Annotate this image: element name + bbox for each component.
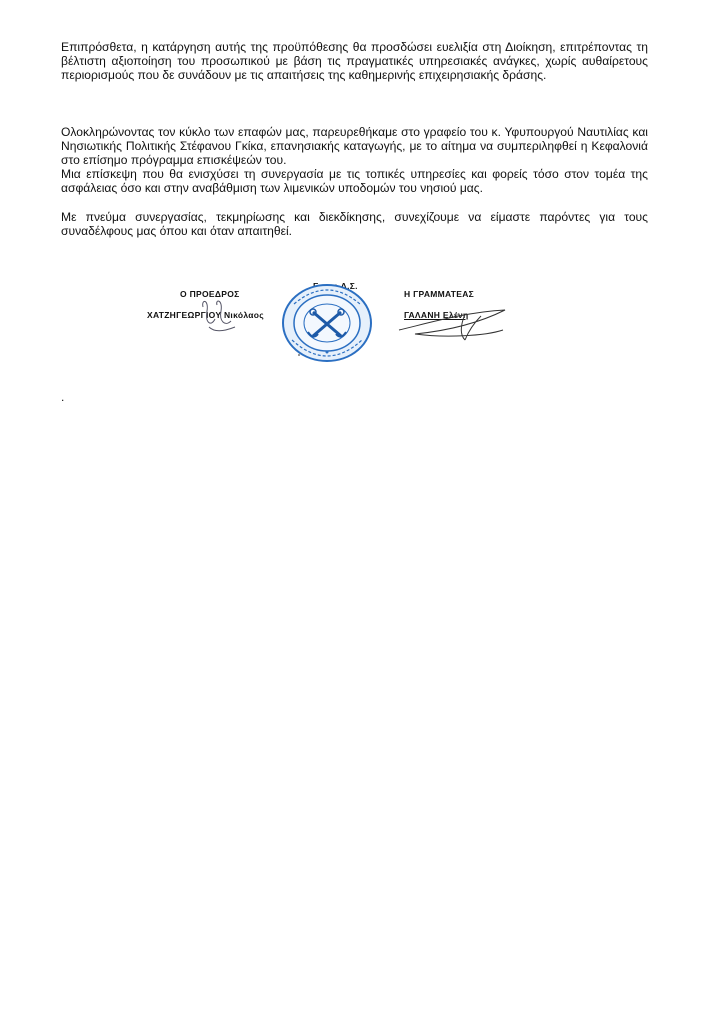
president-signature-icon xyxy=(195,297,255,337)
document-page: Επιπρόσθετα, η κατάργηση αυτής της προϋπ… xyxy=(0,0,724,1024)
scan-speck xyxy=(298,354,300,356)
anchor-seal-icon xyxy=(280,282,375,364)
paragraph-abolition: Επιπρόσθετα, η κατάργηση αυτής της προϋπ… xyxy=(61,40,648,82)
secretary-signature-icon xyxy=(395,300,515,345)
paragraph-deputy-minister-visit: Ολοκληρώνοντας τον κύκλο των επαφών μας,… xyxy=(61,125,648,195)
trailing-mark: . xyxy=(61,390,64,404)
secretary-title: Η ΓΡΑΜΜΑΤΕΑΣ xyxy=(404,289,474,299)
paragraph-closing: Με πνεύμα συνεργασίας, τεκμηρίωσης και δ… xyxy=(61,210,648,238)
